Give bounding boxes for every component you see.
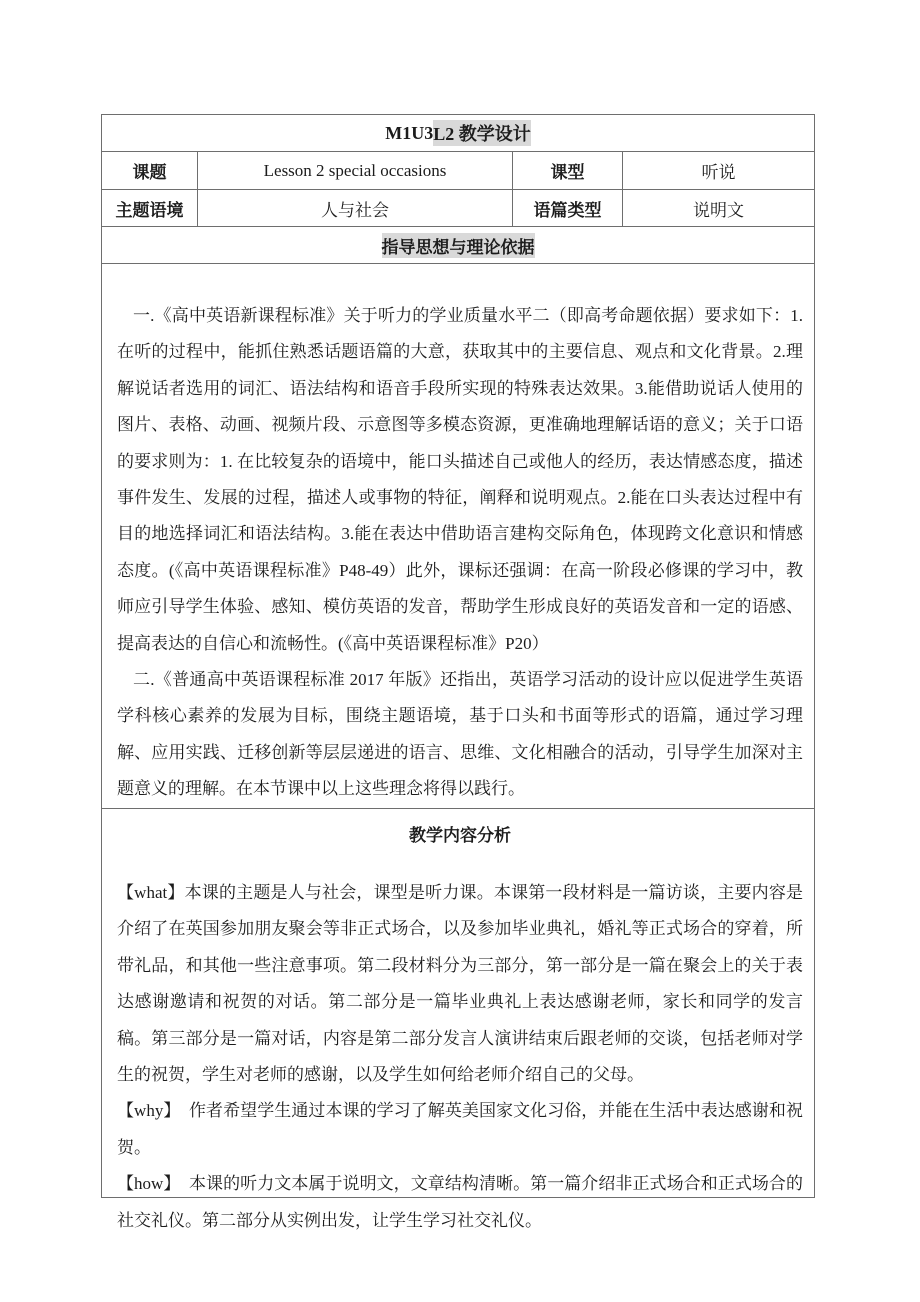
text-type-value: 说明文: [623, 190, 814, 226]
section1-paragraph-2: 二.《普通高中英语课程标准 2017 年版》还指出，英语学习活动的设计应以促进学…: [117, 662, 803, 808]
section2-content-cell: 教学内容分析 【what】本课的主题是人与社会，课型是听力课。本课第一段材料是一…: [102, 809, 814, 1197]
meta-row-theme: 主题语境 人与社会 语篇类型 说明文: [102, 190, 814, 227]
text-type-label: 语篇类型: [513, 190, 623, 226]
title-highlighted-text: L2 教学设计: [433, 120, 531, 146]
section1-paragraph-1: 一.《高中英语新课程标准》关于听力的学业质量水平二（即高考命题依据）要求如下：1…: [117, 298, 803, 662]
section2-paragraph-what: 【what】本课的主题是人与社会，课型是听力课。本课第一段材料是一篇访谈，主要内…: [117, 875, 803, 1093]
title-prefix: M1U3: [385, 123, 433, 144]
lesson-type-label: 课型: [513, 152, 623, 189]
course-title-label: 课题: [102, 152, 198, 189]
theme-context-value: 人与社会: [198, 190, 513, 226]
document-title: M1U3L2 教学设计: [102, 115, 814, 152]
section1-header-text: 指导思想与理论依据: [382, 233, 535, 258]
section2-paragraph-why: 【why】 作者希望学生通过本课的学习了解英美国家文化习俗，并能在生活中表达感谢…: [117, 1093, 803, 1166]
section1-header-row: 指导思想与理论依据: [102, 227, 814, 264]
lesson-type-value: 听说: [623, 152, 814, 189]
lesson-design-table: M1U3L2 教学设计 课题 Lesson 2 special occasion…: [101, 114, 815, 1198]
document-page: M1U3L2 教学设计 课题 Lesson 2 special occasion…: [0, 0, 920, 1302]
section2-header-text: 教学内容分析: [117, 818, 803, 854]
course-title-value: Lesson 2 special occasions: [198, 152, 513, 189]
section1-content-cell: 一.《高中英语新课程标准》关于听力的学业质量水平二（即高考命题依据）要求如下：1…: [102, 264, 814, 809]
section2-paragraph-how: 【how】 本课的听力文本属于说明文，文章结构清晰。第一篇介绍非正式场合和正式场…: [117, 1166, 803, 1239]
theme-context-label: 主题语境: [102, 190, 198, 226]
meta-row-course: 课题 Lesson 2 special occasions 课型 听说: [102, 152, 814, 190]
